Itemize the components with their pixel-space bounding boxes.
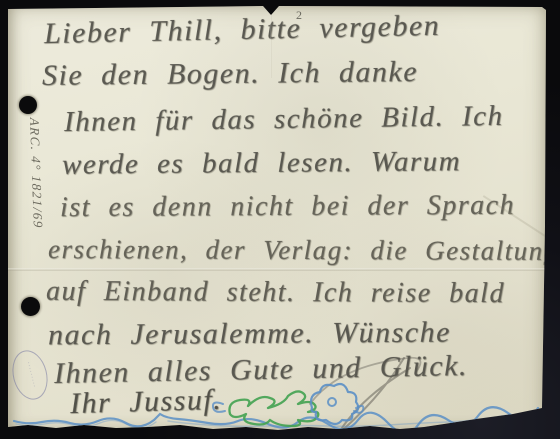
handwriting-line: Sie den Bogen. Ich danke	[42, 57, 418, 91]
handwriting-line: Ihnen für das schöne Bild. Ich	[64, 102, 504, 137]
stamp-illegible-text: ·········	[23, 361, 38, 389]
punch-hole-bottom	[21, 297, 40, 316]
punch-hole-top	[19, 96, 37, 114]
fold-crease-vertical	[270, 6, 272, 78]
doodle-blue-flower-center	[328, 398, 336, 406]
doodle-blue-spiral	[354, 406, 363, 413]
handwriting-line: werde es bald lesen. Warum	[62, 147, 461, 179]
letter-paper: 2 ARC. 4° 1821/69 Lieber Thill, bitte ve…	[8, 6, 546, 438]
doodle-blue-flower	[311, 384, 358, 424]
fold-crease-horizontal	[8, 268, 546, 271]
handwriting-line: erschienen, der Verlag: die Gestaltung	[48, 236, 559, 265]
archive-shelfmark: ARC. 4° 1821/69	[26, 117, 46, 229]
doodle-green-scribble	[229, 391, 318, 426]
handwriting-line: auf Einband steht. Ich reise bald	[46, 278, 505, 308]
signature-line: Ihr Jussuf.	[70, 385, 223, 419]
handwriting-line: nach Jerusalemme. Wünsche	[48, 318, 451, 351]
handwriting-line: Ihnen alles Gute und Glück.	[54, 351, 468, 389]
library-stamp-oval: ·········	[7, 347, 52, 404]
handwriting-line: ist es denn nicht bei der Sprach	[60, 192, 515, 222]
letter-scan: { "document": { "page_number": "2", "arc…	[0, 0, 560, 439]
handwriting-line: Lieber Thill, bitte vergeben	[44, 11, 441, 49]
